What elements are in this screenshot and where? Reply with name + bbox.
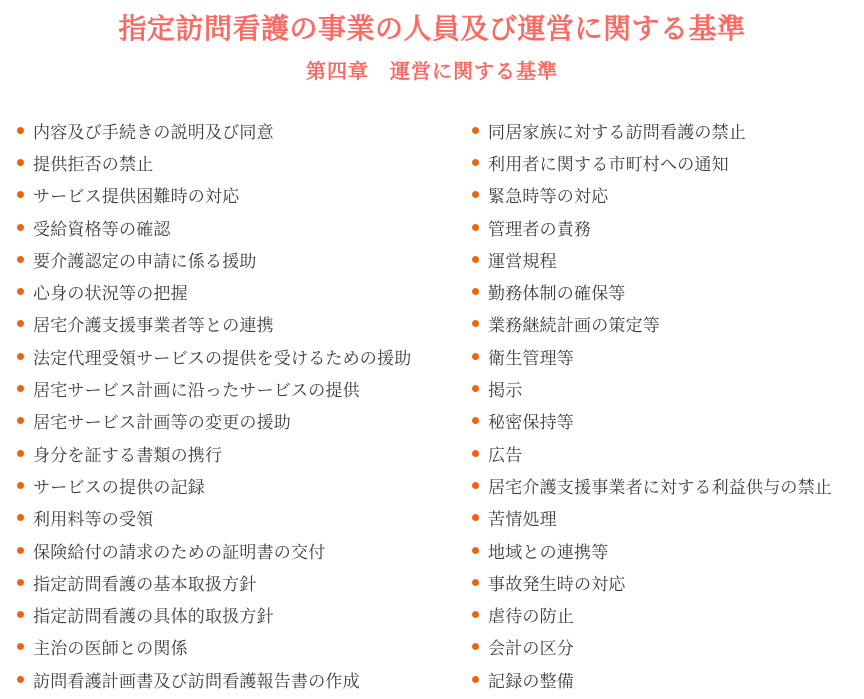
list-item-label: 訪問看護計画書及び訪問看護報告書の作成	[33, 667, 360, 692]
list-item-label: 事故発生時の対応	[488, 570, 626, 595]
bullet-icon	[472, 611, 479, 618]
left-column: 内容及び手続きの説明及び同意 提供拒否の禁止 サービス提供困難時の対応	[0, 114, 432, 695]
bullet-icon	[472, 353, 479, 360]
bullet-icon	[472, 256, 479, 263]
bullet-icon	[472, 482, 479, 489]
list-item-label: 虐待の防止	[488, 602, 574, 627]
list-item: 法定代理受領サービスの提供を受けるための援助	[17, 340, 432, 372]
list-item-label: 心身の状況等の把握	[33, 279, 188, 304]
bullet-icon	[17, 288, 24, 295]
bullet-icon	[472, 676, 479, 683]
list-item-label: 指定訪問看護の具体的取扱方針	[33, 602, 274, 627]
list-item: 記録の整備	[472, 663, 864, 695]
list-item-label: 苦情処理	[488, 505, 557, 530]
list-item-label: 要介護認定の申請に係る援助	[33, 247, 257, 272]
bullet-icon	[472, 159, 479, 166]
bullet-icon	[472, 224, 479, 231]
list-item: 事故発生時の対応	[472, 566, 864, 598]
list-item: 虐待の防止	[472, 598, 864, 630]
left-item-list: 内容及び手続きの説明及び同意 提供拒否の禁止 サービス提供困難時の対応	[17, 114, 432, 695]
list-item: サービスの提供の記録	[17, 469, 432, 501]
list-item-label: 緊急時等の対応	[488, 182, 608, 207]
list-item: 利用料等の受領	[17, 502, 432, 534]
page-title: 指定訪問看護の事業の人員及び運営に関する基準	[0, 15, 864, 43]
list-item: 身分を証する書類の携行	[17, 437, 432, 469]
bullet-icon	[17, 547, 24, 554]
bullet-icon	[17, 385, 24, 392]
bullet-icon	[472, 547, 479, 554]
list-item: 保険給付の請求のための証明書の交付	[17, 534, 432, 566]
list-item: サービス提供困難時の対応	[17, 179, 432, 211]
list-item: 会計の区分	[472, 631, 864, 663]
list-item-label: 提供拒否の禁止	[33, 150, 153, 175]
list-item: 居宅サービス計画に沿ったサービスの提供	[17, 372, 432, 404]
list-item-label: サービスの提供の記録	[33, 473, 205, 498]
list-item-label: 居宅サービス計画に沿ったサービスの提供	[33, 376, 360, 401]
list-item-label: 主治の医師との関係	[33, 634, 188, 659]
list-item-label: 利用料等の受領	[33, 505, 153, 530]
bullet-icon	[17, 482, 24, 489]
list-item-label: 掲示	[488, 376, 522, 401]
list-item: 管理者の責務	[472, 211, 864, 243]
list-item: 居宅介護支援事業者等との連携	[17, 308, 432, 340]
bullet-icon	[17, 159, 24, 166]
list-item: 苦情処理	[472, 502, 864, 534]
bullet-icon	[472, 385, 479, 392]
list-item-label: 利用者に関する市町村への通知	[488, 150, 729, 175]
list-item-label: 保険給付の請求のための証明書の交付	[33, 538, 325, 563]
list-item-label: 衛生管理等	[488, 344, 574, 369]
list-item-label: 広告	[488, 441, 522, 466]
bullet-icon	[472, 579, 479, 586]
bullet-icon	[17, 514, 24, 521]
bullet-icon	[17, 417, 24, 424]
chapter-subtitle: 第四章 運営に関する基準	[0, 62, 864, 82]
list-item: 主治の医師との関係	[17, 631, 432, 663]
page: 指定訪問看護の事業の人員及び運営に関する基準 第四章 運営に関する基準 内容及び…	[0, 0, 864, 695]
bullet-icon	[17, 611, 24, 618]
list-item: 居宅サービス計画等の変更の援助	[17, 405, 432, 437]
list-item-label: 秘密保持等	[488, 408, 574, 433]
list-item-label: 運営規程	[488, 247, 557, 272]
bullet-icon	[17, 450, 24, 457]
list-item-label: 法定代理受領サービスの提供を受けるための援助	[33, 344, 411, 369]
list-item-label: 同居家族に対する訪問看護の禁止	[488, 118, 746, 143]
bullet-icon	[472, 643, 479, 650]
list-item-label: 会計の区分	[488, 634, 574, 659]
list-item: 利用者に関する市町村への通知	[472, 146, 864, 178]
bullet-icon	[472, 127, 479, 134]
bullet-icon	[17, 191, 24, 198]
list-item-label: サービス提供困難時の対応	[33, 182, 239, 207]
list-item: 広告	[472, 437, 864, 469]
bullet-icon	[472, 320, 479, 327]
list-item: 指定訪問看護の具体的取扱方針	[17, 598, 432, 630]
list-item-label: 内容及び手続きの説明及び同意	[33, 118, 274, 143]
right-item-list: 同居家族に対する訪問看護の禁止 利用者に関する市町村への通知 緊急時等の対応	[472, 114, 864, 695]
bullet-icon	[17, 579, 24, 586]
list-item: 居宅介護支援事業者に対する利益供与の禁止	[472, 469, 864, 501]
bullet-icon	[17, 320, 24, 327]
list-item-label: 受給資格等の確認	[33, 215, 171, 240]
list-item-label: 指定訪問看護の基本取扱方針	[33, 570, 257, 595]
list-item: 提供拒否の禁止	[17, 146, 432, 178]
bullet-icon	[17, 256, 24, 263]
list-item: 勤務体制の確保等	[472, 275, 864, 307]
list-item: 要介護認定の申請に係る援助	[17, 243, 432, 275]
list-item: 運営規程	[472, 243, 864, 275]
list-item-label: 身分を証する書類の携行	[33, 441, 222, 466]
list-item-label: 地域との連携等	[488, 538, 608, 563]
list-item: 心身の状況等の把握	[17, 275, 432, 307]
list-item: 緊急時等の対応	[472, 179, 864, 211]
bullet-icon	[472, 514, 479, 521]
bullet-icon	[17, 127, 24, 134]
right-column: 同居家族に対する訪問看護の禁止 利用者に関する市町村への通知 緊急時等の対応	[432, 114, 864, 695]
bullet-icon	[17, 353, 24, 360]
list-item-label: 業務継続計画の策定等	[488, 311, 660, 336]
list-item: 訪問看護計画書及び訪問看護報告書の作成	[17, 663, 432, 695]
bullet-icon	[17, 224, 24, 231]
list-item: 受給資格等の確認	[17, 211, 432, 243]
bullet-icon	[472, 288, 479, 295]
list-item: 掲示	[472, 372, 864, 404]
list-item-label: 記録の整備	[488, 667, 574, 692]
list-item-label: 管理者の責務	[488, 215, 591, 240]
standards-list: 内容及び手続きの説明及び同意 提供拒否の禁止 サービス提供困難時の対応	[0, 114, 864, 695]
list-item-label: 居宅介護支援事業者に対する利益供与の禁止	[488, 473, 832, 498]
list-item-label: 居宅サービス計画等の変更の援助	[33, 408, 291, 433]
bullet-icon	[472, 191, 479, 198]
list-item: 秘密保持等	[472, 405, 864, 437]
bullet-icon	[472, 417, 479, 424]
bullet-icon	[17, 676, 24, 683]
bullet-icon	[17, 643, 24, 650]
list-item: 同居家族に対する訪問看護の禁止	[472, 114, 864, 146]
list-item: 内容及び手続きの説明及び同意	[17, 114, 432, 146]
list-item-label: 勤務体制の確保等	[488, 279, 626, 304]
list-item: 指定訪問看護の基本取扱方針	[17, 566, 432, 598]
list-item: 地域との連携等	[472, 534, 864, 566]
bullet-icon	[472, 450, 479, 457]
list-item-label: 居宅介護支援事業者等との連携	[33, 311, 274, 336]
list-item: 衛生管理等	[472, 340, 864, 372]
list-item: 業務継続計画の策定等	[472, 308, 864, 340]
